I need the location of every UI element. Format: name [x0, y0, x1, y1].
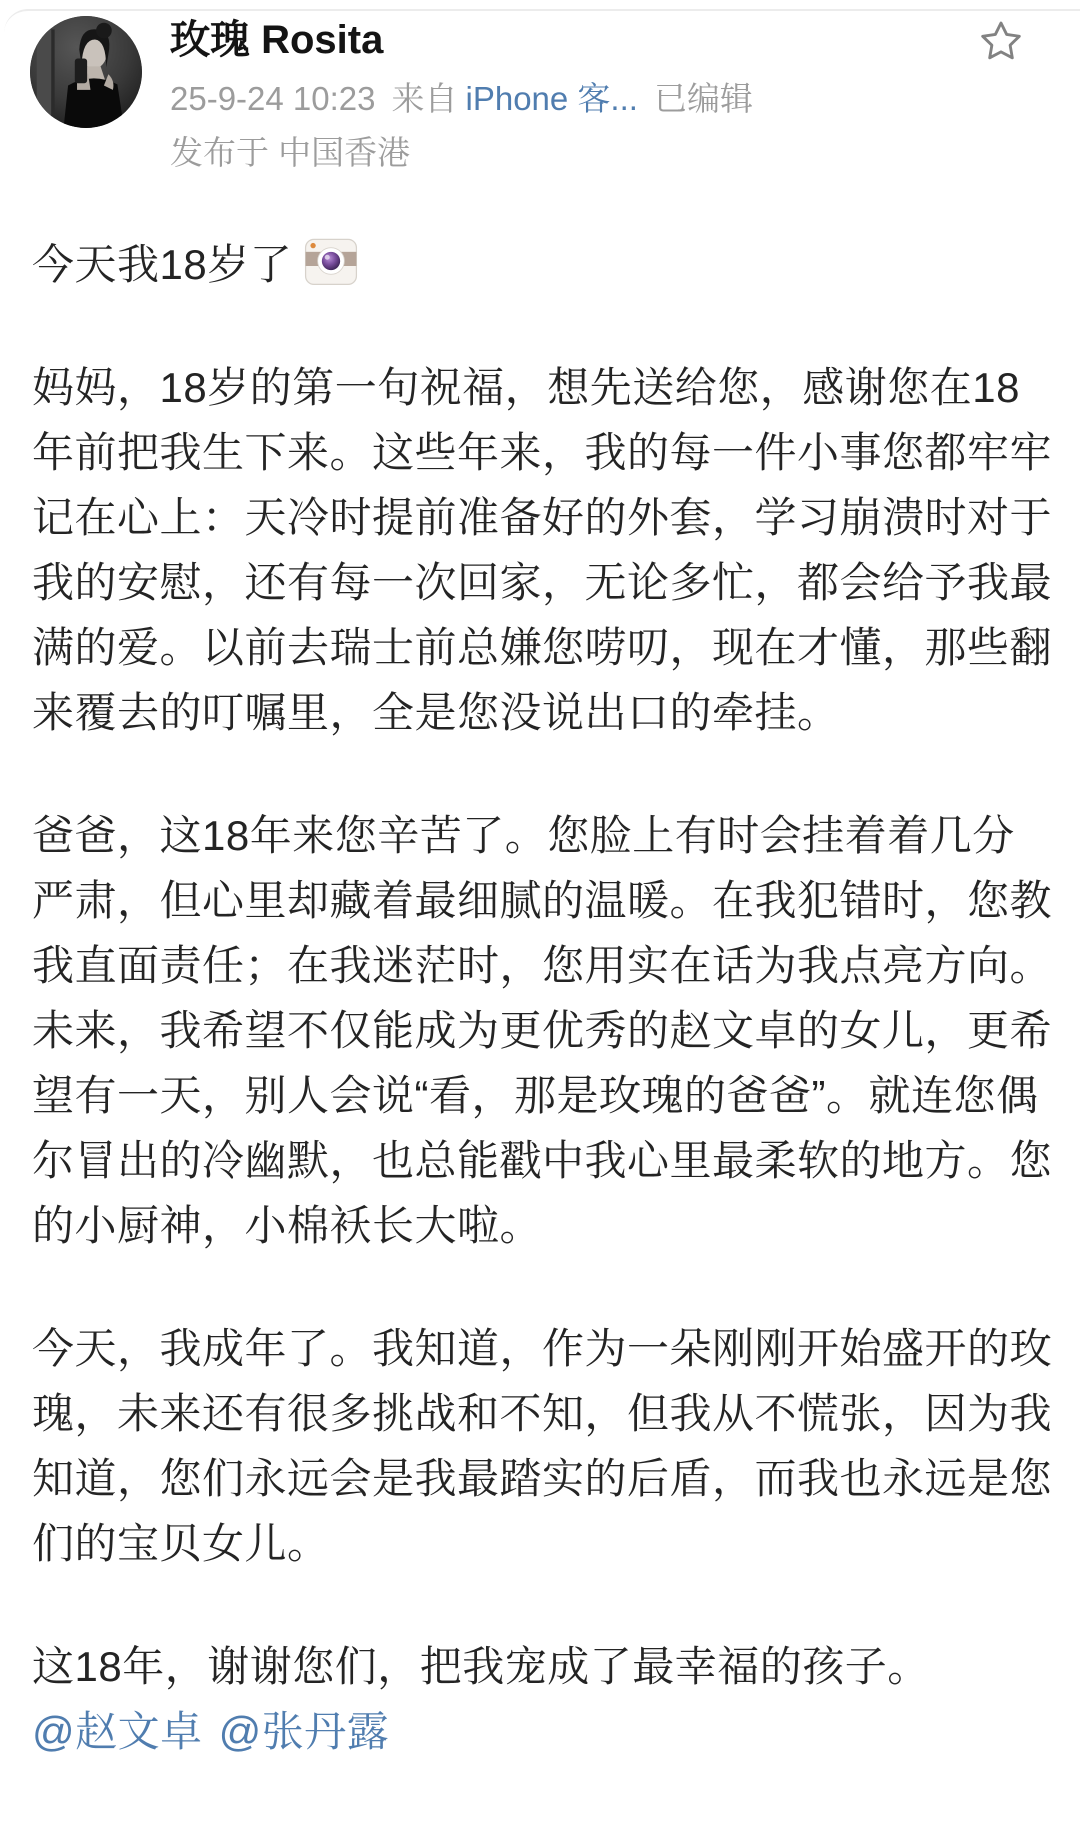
- favorite-button[interactable]: [978, 18, 1024, 64]
- mention-link[interactable]: @张丹露: [219, 1708, 390, 1755]
- mention-link[interactable]: @赵文卓: [32, 1708, 203, 1755]
- timestamp: 25-9-24 10:23: [170, 80, 376, 117]
- post-paragraph: 妈妈，18岁的第一句祝福，想先送给您，感谢您在18年前把我生下来。这些年来，我的…: [32, 355, 1052, 745]
- source-prefix: 来自: [392, 80, 458, 117]
- weibo-post-page: 玫瑰 Rosita 25-9-24 10:23来自iPhone 客...已编辑 …: [0, 0, 1080, 1846]
- post-paragraph: 今天，我成年了。我知道，作为一朵刚刚开始盛开的玫瑰，未来还有很多挑战和不知，但我…: [32, 1316, 1052, 1576]
- post-header: 玫瑰 Rosita 25-9-24 10:23来自iPhone 客...已编辑 …: [0, 0, 1080, 174]
- header-text: 玫瑰 Rosita 25-9-24 10:23来自iPhone 客...已编辑 …: [170, 16, 753, 174]
- edited-badge: 已编辑: [654, 80, 753, 117]
- source-link[interactable]: iPhone 客...: [466, 80, 638, 117]
- meta-line: 25-9-24 10:23来自iPhone 客...已编辑: [170, 73, 753, 120]
- avatar-photo-icon: [30, 16, 142, 128]
- mentions-line: @赵文卓@张丹露: [32, 1699, 1052, 1764]
- username[interactable]: 玫瑰 Rosita: [170, 16, 753, 64]
- post-body: 今天我18岁了 妈妈，1: [0, 232, 1080, 1764]
- post-paragraph: 这18年，谢谢您们，把我宠成了最幸福的孩子。: [32, 1634, 1052, 1699]
- post-intro-line: 今天我18岁了: [32, 232, 1052, 297]
- location-label: 发布于 中国香港: [170, 127, 753, 174]
- avatar[interactable]: [30, 16, 142, 128]
- intro-text: 今天我18岁了: [32, 241, 292, 288]
- post-paragraph: 爸爸，这18年来您辛苦了。您脸上有时会挂着着几分严肃，但心里却藏着最细腻的温暖。…: [32, 803, 1052, 1258]
- star-outline-icon: [978, 18, 1024, 64]
- camera-emoji-icon: [304, 236, 358, 286]
